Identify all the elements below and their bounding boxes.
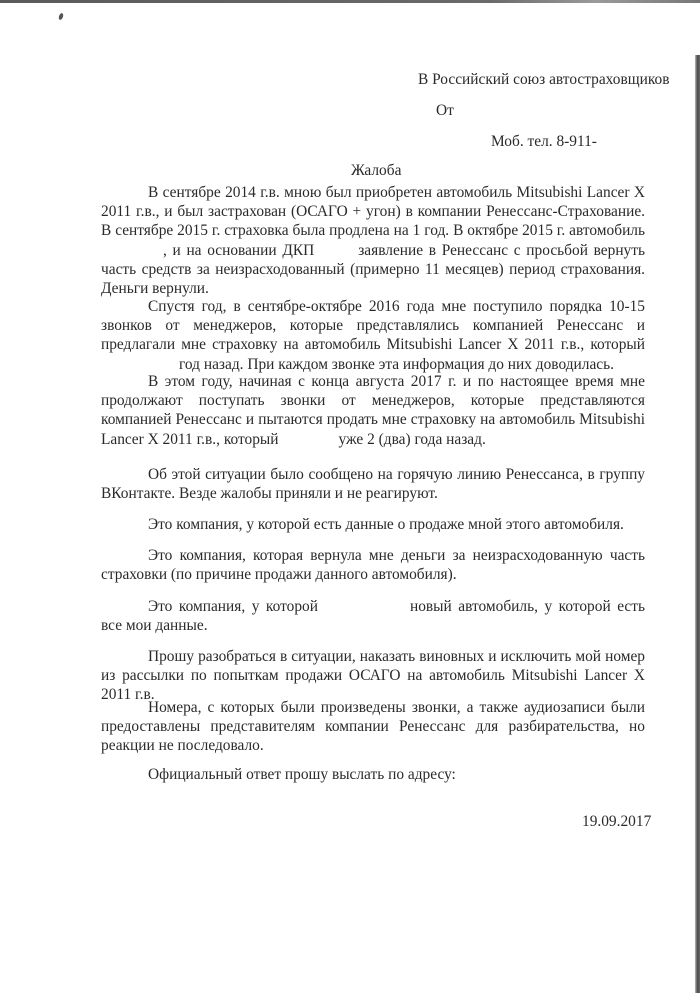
scan-edge-right bbox=[695, 55, 700, 993]
paragraph-3: В этом году, начиная с конца августа 201… bbox=[101, 372, 645, 449]
paragraph-4: Об этой ситуации было сообщено на горячу… bbox=[101, 465, 645, 503]
paragraph-8: Прошу разобраться в ситуации, наказать в… bbox=[101, 647, 645, 705]
paragraph-5: Это компания, у которой есть данные о пр… bbox=[101, 515, 645, 534]
paragraph-2-part-1: Спустя год, в сентябре-октябре 2016 года… bbox=[101, 298, 645, 353]
scan-edge-top bbox=[0, 0, 700, 3]
paragraph-10: Официальный ответ прошу выслать по адрес… bbox=[101, 765, 645, 784]
paragraph-7: Это компания, у которойновый автомобиль,… bbox=[101, 597, 645, 635]
phone-label: Моб. тел. 8-911- bbox=[491, 133, 597, 151]
scan-speck bbox=[58, 13, 64, 21]
paragraph-7-part-1: Это компания, у которой bbox=[148, 598, 318, 615]
paragraph-1-part-2: , и на основании ДКП bbox=[163, 242, 314, 259]
from-label: От bbox=[436, 102, 454, 120]
paragraph-2-part-2: год назад. При каждом звонке эта информа… bbox=[179, 356, 614, 373]
paragraph-9: Номера, с которых были произведены звонк… bbox=[101, 698, 645, 756]
addressee: В Российский союз автостраховщиков bbox=[418, 71, 670, 89]
document-date: 19.09.2017 bbox=[582, 813, 651, 831]
paragraph-1-part-1: В сентябре 2014 г.в. мною был приобретен… bbox=[101, 184, 645, 239]
paragraph-1: В сентябре 2014 г.в. мною был приобретен… bbox=[101, 183, 645, 298]
paragraph-6: Это компания, которая вернула мне деньги… bbox=[101, 546, 645, 584]
paragraph-3-part-2: уже 2 (два) года назад. bbox=[339, 431, 486, 448]
paragraph-2: Спустя год, в сентябре-октябре 2016 года… bbox=[101, 297, 645, 374]
document-title: Жалоба bbox=[351, 162, 401, 180]
